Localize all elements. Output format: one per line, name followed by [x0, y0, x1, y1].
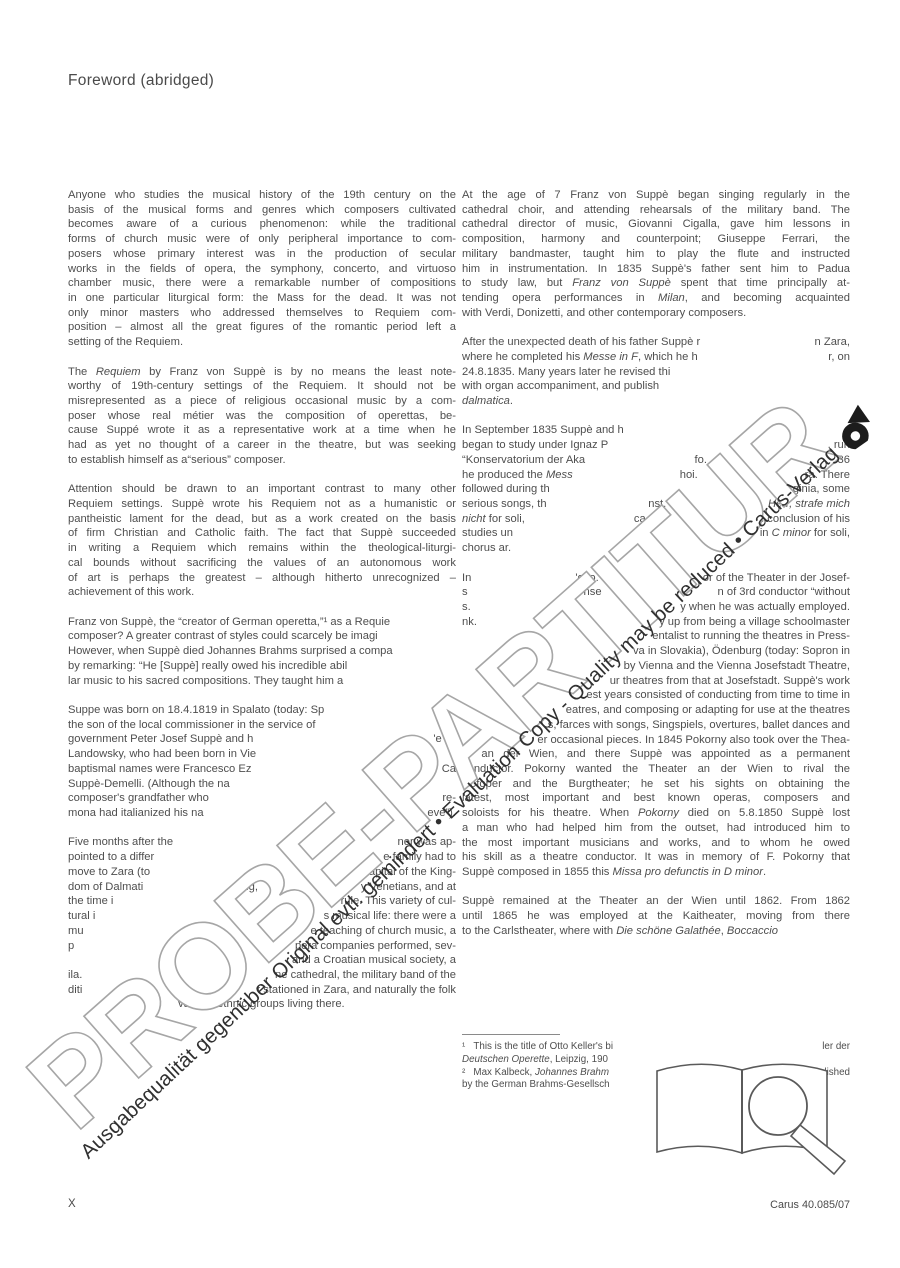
book-magnifier-logo-icon	[645, 1058, 875, 1191]
text-line: poser whose real métier was the composit…	[68, 409, 456, 424]
text-line: After the unexpected death of his father…	[462, 335, 850, 350]
paragraph: At the age of 7 Franz von Suppè began si…	[462, 188, 850, 320]
text-line: basis of the musical forms and genres wh…	[68, 203, 456, 218]
text-line: Hofoper and the Burgtheater; he set his …	[462, 777, 850, 792]
text-line: 24.8.1835. Many years later he revised t…	[462, 365, 850, 380]
text-line: cause Suppé wrote it as a representative…	[68, 423, 456, 438]
text-line: position – almost all the great figures …	[68, 320, 456, 335]
text-line: him in instrumentation. In 1835 Suppè's …	[462, 262, 850, 277]
catalog-number: Carus 40.085/07	[462, 1199, 850, 1211]
paragraph: Franz von Suppè, the “creator of German …	[68, 615, 456, 689]
text-line: The Requiem by Franz von Suppè is by no …	[68, 365, 456, 380]
text-line: forms of church music were of only perip…	[68, 232, 456, 247]
text-line: Requiem settings. Suppè wrote his Requie…	[68, 497, 456, 512]
text-line: with Verdi, Donizetti, and other contemp…	[462, 306, 850, 321]
text-line: until 1865 he was employed at the Kaithe…	[462, 909, 850, 924]
text-line: only minor masters who addressed themsel…	[68, 306, 456, 321]
text-line: to establish himself as a“serious” compo…	[68, 453, 456, 468]
text-line: where he completed his Messe in F, which…	[462, 350, 850, 365]
text-line: misrepresented as a piece of religious o…	[68, 394, 456, 409]
page-title: Foreword (abridged)	[68, 72, 214, 90]
text-line: soloists for his theatre. When Pokorny d…	[462, 806, 850, 821]
text-line: cal bounds without sacrificing the value…	[68, 556, 456, 571]
text-line: achievement of this work.	[68, 585, 456, 600]
text-line: to study law, but Franz von Suppè spent …	[462, 276, 850, 291]
text-line: lar music to his sacred compositions. Th…	[68, 674, 456, 689]
text-line: the most important musicians and works, …	[462, 836, 850, 851]
text-line: becomes aware of a curious phenomenon: w…	[68, 217, 456, 232]
text-line: chamber music, there were a remarkable n…	[68, 276, 456, 291]
text-line: works in the fields of opera, the sympho…	[68, 262, 456, 277]
text-line: military bandmaster, taught him to play …	[462, 247, 850, 262]
text-line: Attention should be drawn to an importan…	[68, 482, 456, 497]
text-line: setting of the Requiem.	[68, 335, 456, 350]
text-line: Anyone who studies the musical history o…	[68, 188, 456, 203]
text-line: posers whose primary interest was in the…	[68, 247, 456, 262]
text-line: with organ accompaniment, and publish	[462, 379, 850, 394]
text-line: Franz von Suppè, the “creator of German …	[68, 615, 456, 630]
text-line: of firm Christian and Catholic faith. Th…	[68, 526, 456, 541]
text-line: his skill as a theatre conductor. It was…	[462, 850, 850, 865]
paragraph: Attention should be drawn to an importan…	[68, 482, 456, 600]
text-line: Suppè remained at the Theater an der Wie…	[462, 894, 850, 909]
paragraph: Suppè remained at the Theater an der Wie…	[462, 894, 850, 938]
text-line: by remarking: “He [Suppè] really owed hi…	[68, 659, 456, 674]
text-line: ¹ This is the title of Otto Keller's bil…	[462, 1041, 850, 1054]
text-line: latest, most important and best known op…	[462, 791, 850, 806]
text-line: in one particular liturgical form: the M…	[68, 291, 456, 306]
text-line: tending opera performances in Milan, and…	[462, 291, 850, 306]
text-line: worthy of 19th-century settings of the R…	[68, 379, 456, 394]
text-line: At the age of 7 Franz von Suppè began si…	[462, 188, 850, 203]
footnote-rule	[462, 1034, 560, 1035]
page-number: X	[68, 1198, 76, 1210]
text-line: of art is perhaps the greatest – althoug…	[68, 571, 456, 586]
paragraph: The Requiem by Franz von Suppè is by no …	[68, 365, 456, 468]
text-line: in writing a Requiem which remains withi…	[68, 541, 456, 556]
paragraph: After the unexpected death of his father…	[462, 335, 850, 409]
text-line: However, when Suppè died Johannes Brahms…	[68, 644, 456, 659]
text-line: pantheistic lament for the dead, but as …	[68, 512, 456, 527]
text-line: had as yet no thought of a career in the…	[68, 438, 456, 453]
text-line: a man who had helped him from the outset…	[462, 821, 850, 836]
text-line: composer? A greater contrast of styles c…	[68, 629, 456, 644]
text-line: cathedral director of music, Giovanni Ci…	[462, 217, 850, 232]
paragraph: Anyone who studies the musical history o…	[68, 188, 456, 350]
text-line: composition, harmony and counterpoint; G…	[462, 232, 850, 247]
text-line: to the Carlstheater, where with Die schö…	[462, 924, 850, 939]
text-line: cathedral choir, and attending rehearsal…	[462, 203, 850, 218]
text-line: Suppè composed in 1855 this Missa pro de…	[462, 865, 850, 880]
